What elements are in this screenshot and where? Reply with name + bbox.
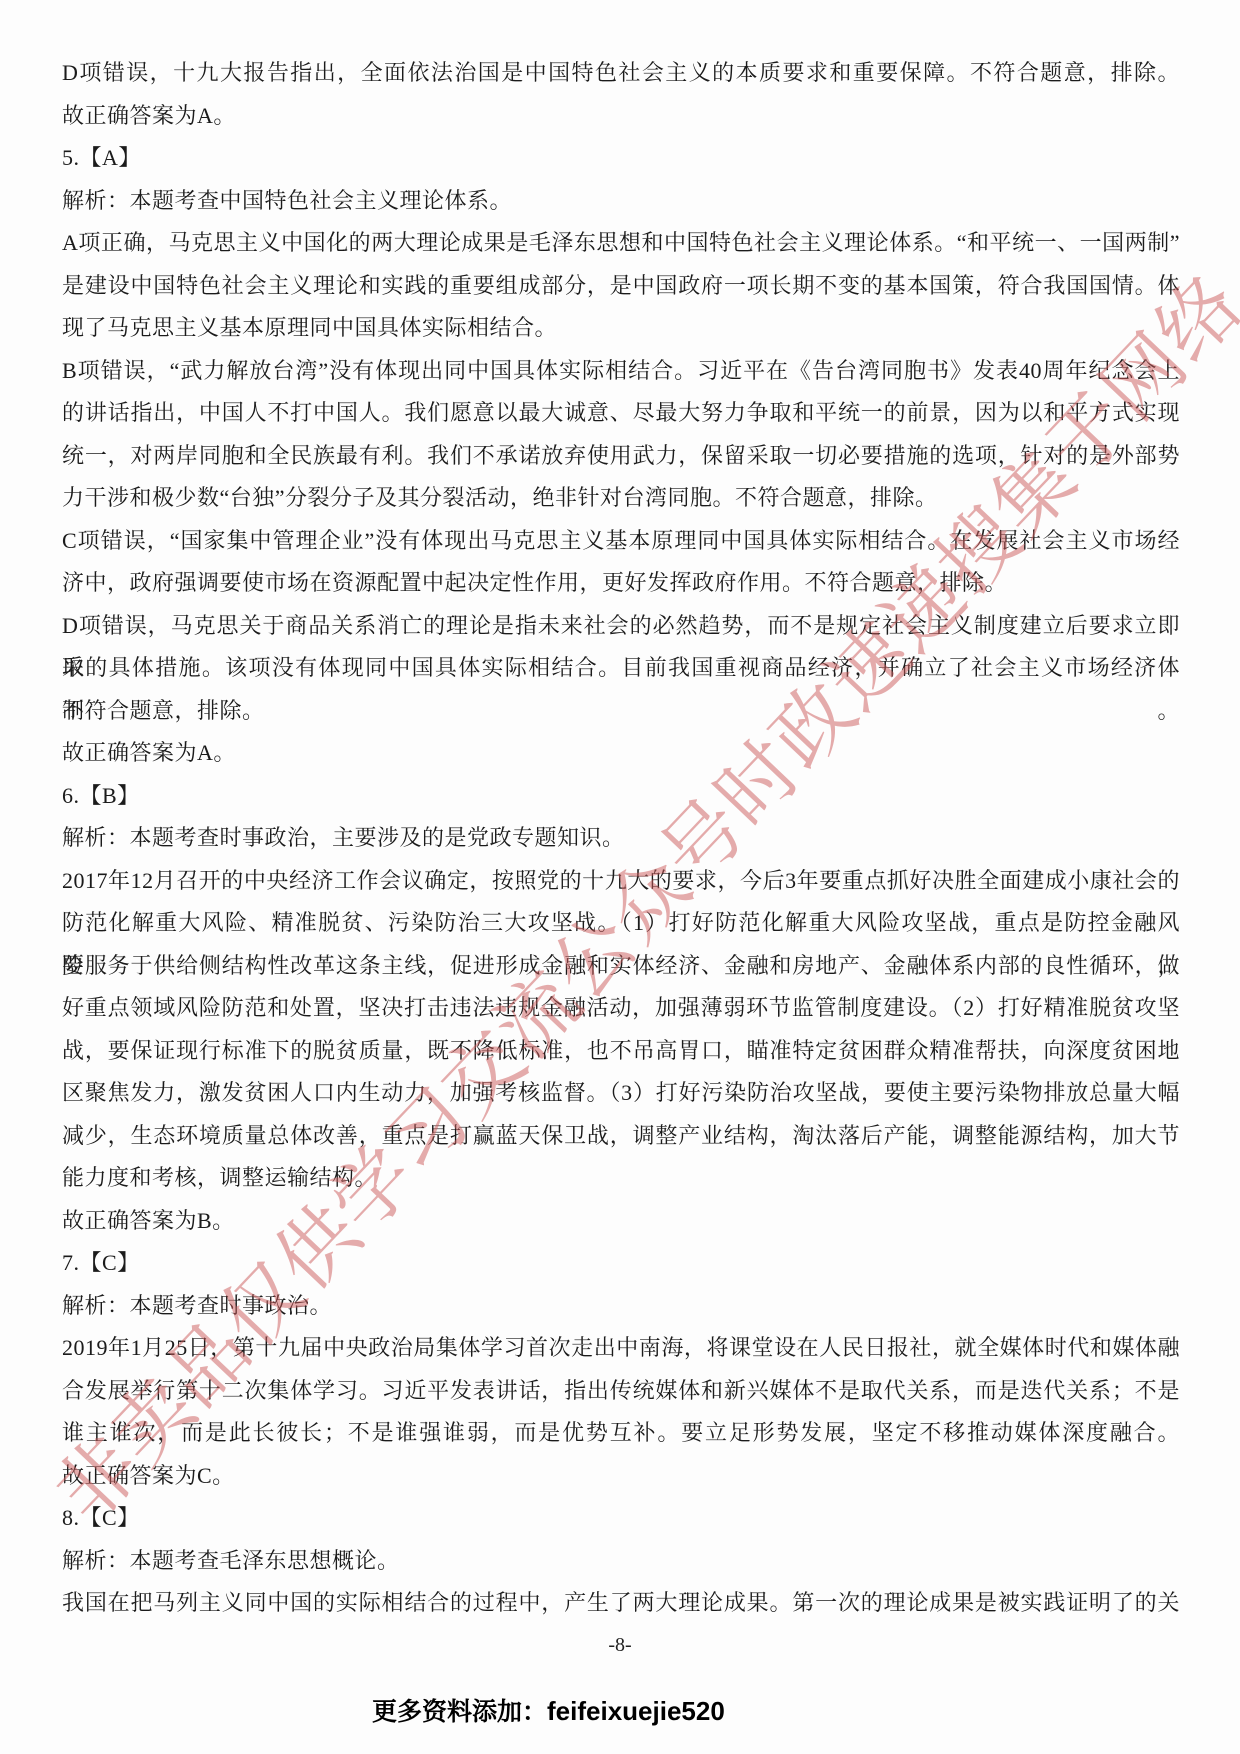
- text-line: 的讲话指出，中国人不打中国人。我们愿意以最大诚意、尽最大努力争取和平统一的前景，…: [62, 392, 1180, 435]
- text-line: 是建设中国特色社会主义理论和实践的重要组成部分，是中国政府一项长期不变的基本国策…: [62, 265, 1180, 308]
- text-line: 5.【A】: [62, 137, 1180, 180]
- text-line: 能力度和考核，调整运输结构。: [62, 1157, 1180, 1200]
- text-line: 统一，对两岸同胞和全民族最有利。我们不承诺放弃使用武力，保留采取一切必要措施的选…: [62, 435, 1180, 478]
- text-line: 谁主谁次，而是此长彼长；不是谁强谁弱，而是优势互补。要立足形势发展，坚定不移推动…: [62, 1412, 1180, 1455]
- text-line: 战，要保证现行标准下的脱贫质量，既不降低标准，也不吊高胃口，瞄准特定贫困群众精准…: [62, 1030, 1180, 1073]
- text-line: 好重点领域风险防范和处置，坚决打击违法违规金融活动，加强薄弱环节监管制度建设。（…: [62, 987, 1180, 1030]
- text-line: 8.【C】: [62, 1497, 1180, 1540]
- text-line: 取的具体措施。该项没有体现同中国具体实际相结合。目前我国重视商品经济，并确立了社…: [62, 647, 1180, 690]
- text-line: 解析：本题考查时事政治。: [62, 1285, 1180, 1328]
- text-line: 解析：本题考查时事政治，主要涉及的是党政专题知识。: [62, 817, 1180, 860]
- text-line: D项错误，十九大报告指出，全面依法治国是中国特色社会主义的本质要求和重要保障。不…: [62, 52, 1180, 95]
- text-line: 合发展举行第十二次集体学习。习近平发表讲话，指出传统媒体和新兴媒体不是取代关系，…: [62, 1370, 1180, 1413]
- text-line: 解析：本题考查中国特色社会主义理论体系。: [62, 180, 1180, 223]
- text-line: 力干涉和极少数“台独”分裂分子及其分裂活动，绝非针对台湾同胞。不符合题意，排除。: [62, 477, 1180, 520]
- text-line: 故正确答案为C。: [62, 1455, 1180, 1498]
- text-line: 故正确答案为B。: [62, 1200, 1180, 1243]
- text-line: 2019年1月25日，第十九届中央政治局集体学习首次走出中南海，将课堂设在人民日…: [62, 1327, 1180, 1370]
- text-line: 解析：本题考查毛泽东思想概论。: [62, 1540, 1180, 1583]
- text-line: 6.【B】: [62, 775, 1180, 818]
- text-line: 现了马克思主义基本原理同中国具体实际相结合。: [62, 307, 1180, 350]
- text-line: 2017年12月召开的中央经济工作会议确定，按照党的十九大的要求，今后3年要重点…: [62, 860, 1180, 903]
- text-line: 故正确答案为A。: [62, 95, 1180, 138]
- text-line: C项错误，“国家集中管理企业”没有体现出马克思主义基本原理同中国具体实际相结合。…: [62, 520, 1180, 563]
- text-line: 济中，政府强调要使市场在资源配置中起决定性作用，更好发挥政府作用。不符合题意，排…: [62, 562, 1180, 605]
- text-line: D项错误，马克思关于商品关系消亡的理论是指未来社会的必然趋势，而不是规定社会主义…: [62, 605, 1180, 648]
- text-line: 7.【C】: [62, 1242, 1180, 1285]
- text-line: A项正确，马克思主义中国化的两大理论成果是毛泽东思想和中国特色社会主义理论体系。…: [62, 222, 1180, 265]
- text-line: 故正确答案为A。: [62, 732, 1180, 775]
- footer-account: feifeixuejie520: [547, 1696, 725, 1726]
- text-line: B项错误，“武力解放台湾”没有体现出同中国具体实际相结合。习近平在《告台湾同胞书…: [62, 350, 1180, 393]
- page-number: -8-: [0, 1634, 1240, 1657]
- document-lines: D项错误，十九大报告指出，全面依法治国是中国特色社会主义的本质要求和重要保障。不…: [62, 52, 1180, 1625]
- page: D项错误，十九大报告指出，全面依法治国是中国特色社会主义的本质要求和重要保障。不…: [0, 0, 1240, 1754]
- text-line: 我国在把马列主义同中国的实际相结合的过程中，产生了两大理论成果。第一次的理论成果…: [62, 1582, 1180, 1625]
- text-line: 要服务于供给侧结构性改革这条主线，促进形成金融和实体经济、金融和房地产、金融体系…: [62, 945, 1180, 988]
- footer-note: 更多资料添加：feifeixuejie520: [372, 1692, 725, 1728]
- text-line: 减少，生态环境质量总体改善，重点是打赢蓝天保卫战，调整产业结构，淘汰落后产能，调…: [62, 1115, 1180, 1158]
- text-line: 防范化解重大风险、精准脱贫、污染防治三大攻坚战。（1）打好防范化解重大风险攻坚战…: [62, 902, 1180, 945]
- footer-label: 更多资料添加：: [372, 1699, 547, 1726]
- text-line: 区聚焦发力，激发贫困人口内生动力，加强考核监督。（3）打好污染防治攻坚战，要使主…: [62, 1072, 1180, 1115]
